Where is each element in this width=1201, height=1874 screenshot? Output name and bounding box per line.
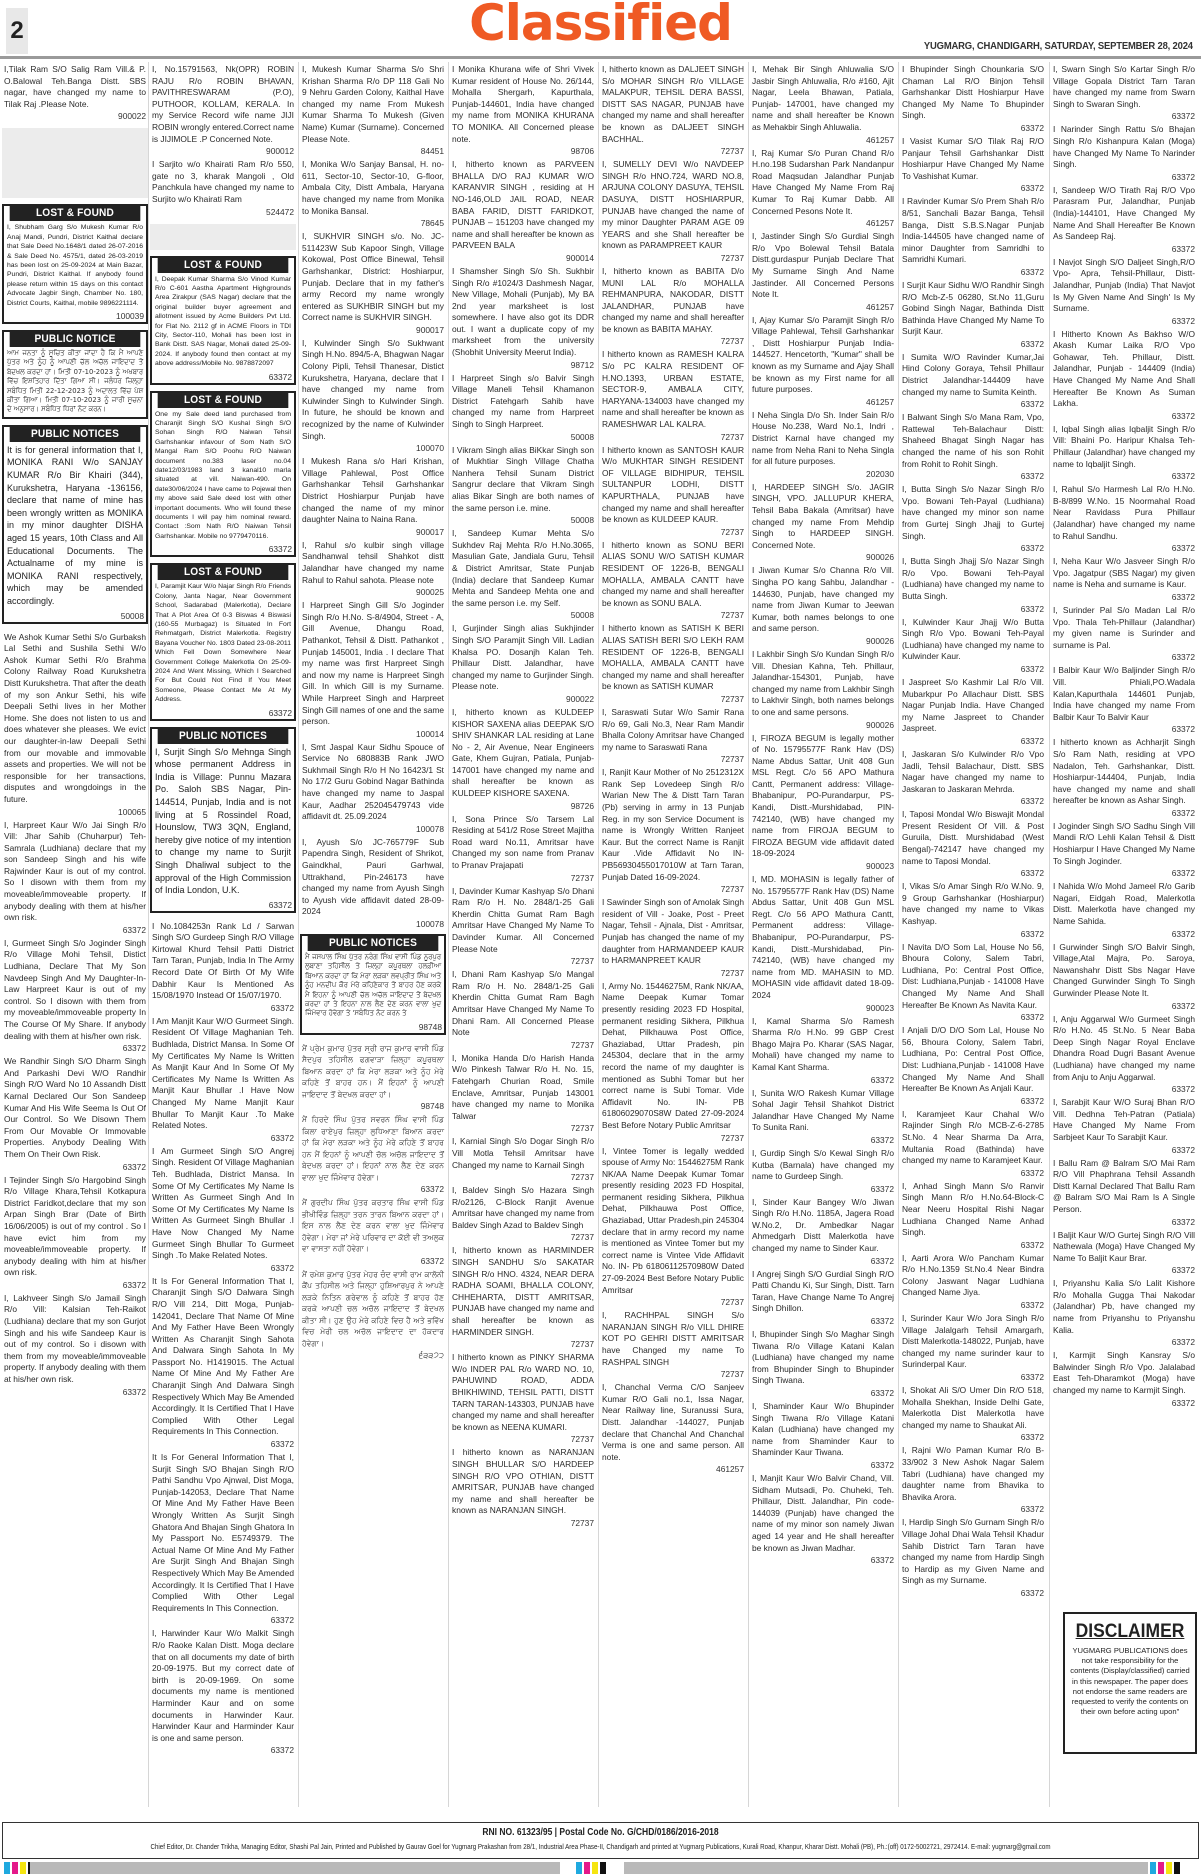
notice-box-heading: PUBLIC NOTICES [158,729,289,744]
classified-ad-text: I Hitherto Known As Bakhso W/O Akash Kum… [1051,327,1197,410]
ad-reference-code: ੬੩੩੭੨ [300,1349,446,1361]
gray-registration-bar [624,1862,1148,1874]
notice-box-text: ਮੈਂ ਜਸਪਾਲ ਸਿੰਘ ਪੁੱਤਰ ਨਰੰਗ ਸਿੰਘ ਵਾਸੀ ਪਿੰਡ… [302,951,444,1021]
ad-reference-code: 72737 [450,1171,596,1183]
ad-reference-code: 63372 [750,1554,896,1566]
classified-ad-text: I Ravinder Kumar S/o Prem Shah R/o 8/51,… [900,194,1046,266]
ad-reference-code: 63372 [1051,591,1197,603]
color-registration-swatch [1174,1862,1180,1874]
classified-ad-text: I, Shokat Ali S/O Umer Din R/O 518, Moha… [900,1383,1046,1431]
ad-reference-code: 63372 [1051,1397,1197,1409]
ad-reference-code: 63372 [1051,243,1197,255]
ad-reference-code: 63372 [150,1132,296,1144]
classified-ad-text: We Ashok Kumar Sethi S/o Gurbaksh Lal Se… [2,630,148,806]
classified-column: I, Mukesh Kumar Sharma S/o Shri Krishan … [300,62,446,1807]
ad-reference-code: 98726 [450,800,596,812]
color-registration-swatch [4,1862,10,1874]
classified-ad-text: I, hitherto known as HARMINDER SINGH SAN… [450,1243,596,1338]
ad-reference-code: 63372 [750,1134,896,1146]
classified-ad-text: ਮੈਂ ਗੁਰਦੀਪ ਸਿੰਘ ਪੁੱਤਰ ਕਰਤਾਰ ਸਿੰਘ ਵਾਸੀ ਪਿ… [300,1195,446,1255]
ad-reference-code: 63372 [900,470,1046,482]
classified-column: I, Mehak Bir Singh Ahluwalia S/O Jasbir … [750,62,896,1807]
ad-reference-code: 63372 [1051,928,1197,940]
ad-reference-code: 50008 [450,609,596,621]
ad-reference-code: 72737 [600,145,746,157]
classified-ad-text: I hitherto known as PINKY SHARMA W/o IND… [450,1350,596,1433]
ad-reference-code: 63372 [900,182,1046,194]
classified-ad-text: I,Tilak Ram S/O Salig Ram Vill.& P. O.Ba… [2,62,148,110]
masthead-rule [0,56,1201,59]
classified-ad-text: I Joginder Singh S/O Sadhu Singh Vill Ma… [1051,819,1197,867]
classified-ad-text: I Angrej Singh S/O Gurdial Singh R/O Pat… [750,1267,896,1315]
ad-reference-code: 72737 [600,753,746,765]
classified-ad-text: I Monika Khurana wife of Shri Vivek Kuma… [450,62,596,145]
classified-ad-text: We Randhir Singh S/O Dharm Singh And Par… [2,1054,148,1160]
classified-ad-text: I, Ayush S/o JC-765779F Sub Papendra Sin… [300,835,446,918]
ad-reference-code: 63372 [1051,315,1197,327]
classified-ad-text: I, hitherto known as DALJEET SINGH S/o M… [600,62,746,145]
ad-reference-code: 63372 [900,795,1046,807]
column-divider [448,62,449,1807]
classified-ad-text: I, Butta Singh Jhajj S/o Nazar Singh R/o… [900,554,1046,602]
classified-ad-text: I, Chanchal Verma C/O Sanjeev Kumar R/O … [600,1380,746,1463]
ad-reference-code: 63372 [900,1239,1046,1251]
ad-reference-code: 63372 [152,707,294,719]
ad-reference-code: 72737 [600,526,746,538]
ad-reference-code: 900022 [2,110,148,122]
classified-ad-text: I, Harpreet Kaur W/o Jai Singh R/o Vill:… [2,818,148,924]
classified-column: I, Swarn Singh S/o Kartar Singh R/o Vill… [1051,62,1197,1607]
ad-reference-code: 100065 [2,806,148,818]
notice-box: LOST & FOUNDOne my Sale deed land purcha… [150,391,296,558]
notice-box: PUBLIC NOTICEਆਮ ਜਨਤਾ ਨੂੰ ਸੂਚਿਤ ਕੀਤਾ ਜਾਂਦ… [2,330,148,419]
ad-reference-code: 50008 [450,431,596,443]
color-registration-swatch [600,1862,606,1874]
ad-reference-code: 461257 [750,134,896,146]
classified-ad-text: I, Vikas S/o Amar Singh R/o W.No. 9, 9 G… [900,879,1046,927]
notice-box-heading: PUBLIC NOTICE [10,332,141,347]
ad-reference-code: 72737 [450,1122,596,1134]
classified-ad-text: I hitherto known as SONU BERI ALIAS SONU… [600,538,746,610]
ad-reference-code: 63372 [2,1161,148,1173]
classified-ad-text: I hitherto known as RAMESH KALRA S/o PC … [600,347,746,430]
ad-reference-code: 202030 [750,468,896,480]
classified-ad-text: I, Karmjit Singh Kansray S/o Balwinder S… [1051,1348,1197,1396]
ad-reference-code: 63372 [900,867,1046,879]
classified-ad-text: I, Mehak Bir Singh Ahluwalia S/O Jasbir … [750,62,896,134]
color-registration-swatch [1150,1862,1156,1874]
classified-ad-text: I, Baldev Singh S/o Hazara Singh R/o2126… [450,1183,596,1231]
ad-reference-code: 900026 [750,719,896,731]
notice-box-text: ਆਮ ਜਨਤਾ ਨੂੰ ਸੂਚਿਤ ਕੀਤਾ ਜਾਂਦਾ ਹੈ ਕਿ ਮੈਂ ਆ… [4,347,146,417]
classified-ad-text: I, Davinder Kumar Kashyap S/o Dhani Ram … [450,884,596,956]
notice-box-text: I, Shubham Garg S/o Mukesh Kumar R/o Ana… [4,221,146,310]
classified-ad-text: I, Priyanshu Kalia S/o Lalit Kishore R/o… [1051,1276,1197,1336]
ad-reference-code: 63372 [150,1744,296,1756]
classified-ad-text: I, Gurjinder Singh alias Sukhjinder Sing… [450,621,596,693]
ad-reference-code: 63372 [1051,651,1197,663]
classified-ad-text: I, Sinder Kaur Bangey W/o Jiwan Singh R/… [750,1195,896,1255]
ad-reference-code: 72737 [600,1368,746,1380]
classified-ad-text: I, MD. MOHASIN is legally father of No. … [750,872,896,1002]
ad-reference-code: 63372 [1051,110,1197,122]
ad-reference-code: 63372 [900,663,1046,675]
color-registration-swatch [1166,1862,1172,1874]
classified-ad-text: I Narinder Singh Rattu S/o Bhajan Singh … [1051,122,1197,170]
classified-ad-text: I, Jastinder Singh S/o Gurdial Singh R/o… [750,229,896,301]
ad-reference-code: 72737 [600,252,746,264]
color-registration-swatch [576,1862,582,1874]
ad-reference-code: 63372 [150,1262,296,1274]
classified-ad-text: I Navjot Singh S/O Daljeet Singh,R/O Vpo… [1051,255,1197,315]
classified-ad-text: I, Karnial Singh S/o Dogar Singh R/o Vil… [450,1134,596,1171]
classified-ad-text: I, Sarabjit Kaur W/O Suraj Bhan R/O Vill… [1051,1095,1197,1143]
ad-reference-code: 63372 [152,543,294,555]
ad-reference-code: 100070 [300,442,446,454]
ad-reference-code: 63372 [900,122,1046,134]
notice-box-text: I, Deepak Kumar Sharma S/o Vinod Kumar R… [152,273,294,371]
classified-ad-text: I, Jaskaran S/o Kulwinder R/o Vpo Jadli,… [900,747,1046,795]
column-divider [748,62,749,1807]
classified-ad-text: I, HARDEEP SINGH S/o. JAGIR SINGH, VPO. … [750,480,896,552]
ad-reference-code: 63372 [900,1095,1046,1107]
classified-ad-text: I hitherto known as Achharjit Singh S/o … [1051,735,1197,807]
ad-reference-code: 72737 [450,1338,596,1350]
color-registration-swatch [12,1862,18,1874]
classified-ad-text: I Bhupinder Singh Chounkaria S/O Chaman … [900,62,1046,122]
notice-box: LOST & FOUNDI, Paramjit Kaur W/o Najar S… [150,563,296,720]
ad-reference-code: 63372 [152,899,294,911]
ad-reference-code: 63372 [150,1002,296,1014]
classified-ad-text: I Sumita W/O Ravinder Kumar,Jai Hind Col… [900,350,1046,398]
ad-reference-code: 63372 [750,1074,896,1086]
notice-box: PUBLIC NOTICESI, Surjit Singh S/o Mehnga… [150,727,296,913]
ad-reference-code: 63372 [750,1255,896,1267]
ad-reference-code: 63372 [300,1255,446,1267]
ad-reference-code: 63372 [1051,807,1197,819]
column-divider [148,62,149,1807]
ad-reference-code: 84451 [300,145,446,157]
classified-ad-text: I, Saraswati Sutar W/o Samir Rana R/o 69… [600,705,746,753]
ad-reference-code: 72737 [450,1517,596,1529]
classified-ad-text: I, Monika Handa D/o Harish Handa W/o Pin… [450,1051,596,1123]
classified-ad-text: I Navita D/O Som Lal, House No 56, Bhour… [900,940,1046,1012]
classified-ad-text: I Neha Singla D/o Sh. Inder Sain R/o Hou… [750,408,896,468]
classified-column: I,Tilak Ram S/O Salig Ram Vill.& P. O.Ba… [2,62,148,1807]
classified-ad-text: I, Army No. 15446275M, Rank NK/AA, Name … [600,979,746,1132]
gray-registration-bar [30,1862,560,1874]
ad-reference-code: 72737 [600,883,746,895]
classified-ad-text: I, Mukesh Kumar Sharma S/o Shri Krishan … [300,62,446,145]
ad-reference-code: 63372 [900,735,1046,747]
classified-ad-text: I Surjit Kaur Sidhu W/O Randhir Singh R/… [900,278,1046,338]
classified-ad-text: I, Kulwinder Singh S/o Sukhwant Singh H.… [300,336,446,442]
classified-ad-text: I, Hardip Singh S/o Gurnam Singh R/o Vil… [900,1515,1046,1587]
classified-ad-text: I, Anhad Singh Mann S/o Ranvir Singh Man… [900,1179,1046,1239]
classified-ad-text: I Anjali D/O D/O Som Lal, House No 56, B… [900,1023,1046,1095]
classified-ad-text: I, Monika W/o Sanjay Bansal, H. no-611, … [300,157,446,217]
ad-reference-code: 72737 [450,955,596,967]
disclaimer-body: YUGMARG PUBLICATIONS does not take respo… [1065,1644,1195,1719]
classified-ad-text: I, Kulwinder Kaur Jhajj W/o Butta Singh … [900,615,1046,663]
classified-ad-text: I, Manjit Kaur W/o Balvir Chand, Vill. S… [750,1471,896,1554]
ad-reference-code: 900023 [750,1002,896,1014]
classified-ad-text: I, Rahul S/o Harmesh Lal R/o H.No. B-8/8… [1051,482,1197,542]
classified-ad-text: ਮੈਂ ਪ੍ਰੇਮ ਕੁਮਾਰ ਪੁੱਤਰ ਸ੍ਰੀ ਰਾਜ ਕੁਮਾਰ ਵਾਸ… [300,1041,446,1101]
ad-reference-code: 63372 [1051,1216,1197,1228]
classified-ad-text: I hitherto known as SATISH K BERI ALIAS … [600,621,746,693]
ad-reference-code: 63372 [900,1431,1046,1443]
classified-ad-text: I, Anju Aggarwal W/o Gurmeet Singh R/o H… [1051,1012,1197,1084]
ad-reference-code: 63372 [1051,1264,1197,1276]
ad-reference-code: 50008 [450,514,596,526]
classified-ad-text: I, Sandeep Kumar Mehta S/o Sukhdev Raj M… [450,526,596,609]
ad-reference-code: 63372 [750,1387,896,1399]
notice-box: LOST & FOUNDI, Deepak Kumar Sharma S/o V… [150,256,296,385]
ad-reference-code: 72737 [600,693,746,705]
classified-ad-text: I, Shaminder Kaur W/o Bhupinder Singh Ti… [750,1399,896,1459]
classified-ad-text: I, Rahul s/o kulbir singh village Sandha… [300,538,446,586]
classified-ad-text: I Harpreet Singh Gill S/o Joginder Singh… [300,598,446,728]
ad-reference-code: 63372 [900,398,1046,410]
ad-reference-code: 900022 [450,693,596,705]
ad-reference-code: 63372 [1051,1336,1197,1348]
notice-box: LOST & FOUNDI, Shubham Garg S/o Mukesh K… [2,204,148,324]
masthead: 2 Classified YUGMARG, CHANDIGARH, SATURD… [0,0,1201,58]
classified-ad-text: I, hitherto known as BABITA D/o MUNI LAL… [600,264,746,336]
ad-reference-code: 63372 [900,266,1046,278]
footer-imprint-box: RNI NO. 61323/95 | Postal Code No. G/CHD… [2,1822,1199,1859]
ad-reference-code: 72737 [600,609,746,621]
column-divider [298,62,299,1807]
notice-box-text: One my Sale deed land purchased from Cha… [152,408,294,544]
ad-reference-code: 72737 [450,872,596,884]
classified-ad-text: I, Raj Kumar S/o Puran Chand R/o H.no.19… [750,146,896,218]
classified-ad-text: I, Vintee Tomer is legally wedded spouse… [600,1144,746,1297]
classified-columns: I,Tilak Ram S/O Salig Ram Vill.& P. O.Ba… [0,62,1201,1807]
classified-ad-text: I, Sunita W/O Rakesh Kumar Village Sohal… [750,1086,896,1134]
notice-box-heading: PUBLIC NOTICES [308,936,439,951]
ad-reference-code: 98706 [450,145,596,157]
classified-ad-text: I, No.15791563, Nk(OPR) ROBIN RAJU R/o R… [150,62,296,145]
blank-ad-space [2,128,148,198]
ad-reference-code: 524472 [150,206,296,218]
classified-ad-text: I, Dhani Ram Kashyap S/o Mangal Ram R/o … [450,967,596,1039]
classified-ad-text: I Mukesh Rana s/o Hari Krishan, Village … [300,454,446,526]
classified-ad-text: I, FIROZA BEGUM is legally mother of No.… [750,731,896,861]
notice-box-heading: PUBLIC NOTICES [10,427,141,442]
ad-reference-code: 63372 [1051,470,1197,482]
classified-ad-text: I, Iqbal Singh alias Iqbaljit Singh R/o … [1051,422,1197,470]
ad-reference-code: 63372 [900,1299,1046,1311]
classified-ad-text: I, Butta Singh S/o Nazar Singh R/o Vpo. … [900,482,1046,542]
ad-reference-code: 72737 [450,1039,596,1051]
ad-reference-code: 100078 [300,823,446,835]
ad-reference-code: 63372 [750,1183,896,1195]
classified-ad-text: I, Sandeep W/O Tirath Raj R/O Vpo Parasr… [1051,183,1197,243]
classified-ad-text: I, Kamal Sharma S/o Ramesh Sharma R/o H.… [750,1014,896,1074]
classified-ad-text: I, Ajay Kumar S/o Paramjit Singh R/o Vil… [750,313,896,396]
notice-box-text: I, Paramjit Kaur W/o Najar Singh R/o Fri… [152,580,294,706]
ad-reference-code: 63372 [900,1503,1046,1515]
disclaimer-title: DISCLAIMER [1070,1620,1190,1644]
color-registration-swatch [584,1862,590,1874]
classified-ad-text: I, Smt Jaspal Kaur Sidhu Spouce of Servi… [300,740,446,823]
ad-reference-code: 63372 [900,603,1046,615]
classified-ad-text: I, Neha Kaur W/o Jasveer Singh R/o Vpo. … [1051,554,1197,591]
ad-reference-code: 72737 [600,335,746,347]
ad-reference-code: 900014 [450,252,596,264]
classified-ad-text: I, Taposi Mondal W/o Biswajit Mondal Pre… [900,807,1046,867]
ad-reference-code: 63372 [2,924,148,936]
classified-ad-text: I, Lakhveer Singh S/o Jamail Singh R/o V… [2,1291,148,1386]
classified-ad-text: I Jaspreet S/o Kashmir Lal R/o Vill. Mub… [900,675,1046,735]
color-registration-swatch [20,1862,26,1874]
ad-reference-code: 63372 [900,1167,1046,1179]
classified-column: I, hitherto known as DALJEET SINGH S/o M… [600,62,746,1807]
ad-reference-code: 900026 [750,551,896,563]
classified-ad-text: I hitherto known as NARANJAN SINGH BHULL… [450,1445,596,1517]
ad-reference-code: 63372 [1051,542,1197,554]
publisher-imprint: Chief Editor, Dr. Chander Trikha, Managi… [87,1841,1115,1853]
ad-reference-code: 100014 [300,728,446,740]
classified-ad-text: ਮੈਂ ਹਿਰਦੇ ਸਿੰਘ ਪੁੱਤਰ ਸਵਰਨ ਸਿੰਘ ਵਾਸੀ ਪਿੰਡ… [300,1112,446,1183]
classified-ad-text: I, Rajni W/o Paman Kumar R/o B-33/902 3 … [900,1443,1046,1503]
ad-reference-code: 50008 [4,610,146,622]
ad-reference-code: 98748 [302,1021,444,1033]
ad-reference-code: 63372 [1051,171,1197,183]
color-registration-swatch [1158,1862,1164,1874]
ad-reference-code: 461257 [750,396,896,408]
classified-column: I Bhupinder Singh Chounkaria S/O Chaman … [900,62,1046,1807]
ad-reference-code: 900025 [300,586,446,598]
notice-box-heading: LOST & FOUND [158,258,289,273]
classified-ad-text: I Baljit Kaur W/O Gurtej Singh R/O Vill … [1051,1228,1197,1265]
classified-ad-text: I Ballu Ram @ Balram S/O Mai Ram R/O Vil… [1051,1156,1197,1216]
ad-reference-code: 63372 [300,1183,446,1195]
classified-ad-text: I Am Manjit Kaur W/O Gurmeet Singh. Resi… [150,1014,296,1132]
classified-ad-text: I, Surinder Kaur W/o Jora Singh R/o Vill… [900,1311,1046,1371]
ad-reference-code: 63372 [1051,410,1197,422]
classified-ad-text: I, Gurmeet Singh S/o Joginder Singh R/o … [2,936,148,1042]
ad-reference-code: 63372 [900,1011,1046,1023]
ad-reference-code: 63372 [900,928,1046,940]
column-divider [598,62,599,1807]
classified-ad-text: I, Sona Prince S/o Tarsem Lal Residing a… [450,812,596,872]
notice-box-heading: LOST & FOUND [158,393,289,408]
ad-reference-code: 100039 [4,310,146,322]
classified-ad-text: I Balwant Singh S/o Mana Ram, Vpo, Ratte… [900,410,1046,470]
classified-ad-text: I Jiwan Kumar S/o Channa R/o Vill. Singh… [750,563,896,635]
classified-ad-text: I, hitherto known as PARVEEN BHALLA D/O … [450,157,596,252]
blank-ad-space [150,224,296,250]
ad-reference-code: 63372 [152,371,294,383]
classified-ad-text: I Lakhbir Singh S/o Kundan Singh R/o Vil… [750,647,896,719]
classified-ad-text: I Shamsher Singh S/o Sh. Sukhbir Singh R… [450,264,596,359]
ad-reference-code: 72737 [600,431,746,443]
ad-reference-code: 461257 [750,301,896,313]
classified-column: I Monika Khurana wife of Shri Vivek Kuma… [450,62,596,1807]
classified-ad-text: I, RACHHPAL SINGH S/o NARANJAN SINGH R/o… [600,1308,746,1368]
classified-ad-text: I, Bhupinder Singh S/o Maghar Singh Tiwa… [750,1327,896,1387]
classified-ad-text: I, Ranjit Kaur Mother of No 2512312X Ran… [600,765,746,883]
ad-reference-code: 900026 [750,635,896,647]
classified-ad-text: I, Aarti Arora W/o Pancham Kumar R/o H.N… [900,1251,1046,1299]
classified-ad-text: I Sarjito w/o Khairati Ram R/o 550, gate… [150,157,296,205]
classified-ad-text: I Nahida W/o Mohd Jameel R/o Garib Nagar… [1051,879,1197,927]
classified-ad-text: I Harpreet Singh s/o Balvir Singh Villag… [450,371,596,431]
ad-reference-code: 78645 [300,217,446,229]
classified-ad-text: I Tejinder Singh S/o Hargobind Singh R/o… [2,1173,148,1279]
classified-ad-text: I, Harwinder Kaur W/o Malkit Singh R/o R… [150,1626,296,1744]
classified-ad-text: I, Surinder Pal S/o Madan Lal R/o Vpo. T… [1051,603,1197,651]
ad-reference-code: 63372 [900,1587,1046,1599]
notice-box-text: It is for general information that I, MO… [4,442,146,610]
ad-reference-code: 72737 [600,967,746,979]
classified-ad-text: I Balbir Kaur W/o Baljinder Singh R/o Vi… [1051,663,1197,723]
classified-ad-text: I Gurwinder Singh S/O Balvir Singh, Vill… [1051,940,1197,1000]
classified-ad-text: I Sawinder Singh son of Amolak Singh res… [600,895,746,967]
notice-box: PUBLIC NOTICESਮੈਂ ਜਸਪਾਲ ਸਿੰਘ ਪੁੱਤਰ ਨਰੰਗ … [300,934,446,1035]
classified-ad-text: I hitherto known as SANTOSH KAUR W/o MUK… [600,443,746,526]
ad-reference-code: 900012 [150,145,296,157]
ad-reference-code: 63372 [2,1042,148,1054]
ad-reference-code: 63372 [900,542,1046,554]
ad-reference-code: 461257 [750,217,896,229]
notice-box: PUBLIC NOTICESIt is for general informat… [2,425,148,624]
ad-reference-code: 63372 [900,338,1046,350]
ad-reference-code: 63372 [2,1386,148,1398]
ad-reference-code: 900017 [300,324,446,336]
ad-reference-code: 63372 [1051,867,1197,879]
disclaimer-box: DISCLAIMER YUGMARG PUBLICATIONS does not… [1063,1612,1197,1754]
color-registration-swatch [592,1862,598,1874]
ad-reference-code: 900017 [300,526,446,538]
classified-column: I, No.15791563, Nk(OPR) ROBIN RAJU R/o R… [150,62,296,1807]
classified-ad-text: It Is For General Information That I, Su… [150,1450,296,1614]
ad-reference-code: 63372 [1051,1144,1197,1156]
ad-reference-code: 461257 [600,1463,746,1475]
ad-reference-code: 100078 [300,918,446,930]
classified-ad-text: I Vasist Kumar S/O Tilak Raj R/O Panjaur… [900,134,1046,182]
notice-box-heading: LOST & FOUND [158,565,289,580]
ad-reference-code: 63372 [150,1438,296,1450]
classified-ad-text: I, Karamjeet Kaur Chahal W/o Rajinder Si… [900,1107,1046,1167]
ad-reference-code: 63372 [750,1459,896,1471]
column-divider [898,62,899,1807]
ad-reference-code: 63372 [2,1279,148,1291]
ad-reference-code: 63372 [1051,1083,1197,1095]
classified-ad-text: I, Gurdip Singh S/o Kewal Singh R/o Kutb… [750,1146,896,1183]
classified-ad-text: I, hitherto known as KULDEEP KISHOR SAXE… [450,705,596,800]
ad-reference-code: 72737 [600,1296,746,1308]
ad-reference-code: 98748 [300,1100,446,1112]
classified-ad-text: I, SUMELLY DEVI W/o NAVDEEP SINGH R/o HN… [600,157,746,252]
rni-number: RNI NO. 61323/95 | Postal Code No. G/CHD… [93,1825,1109,1841]
ad-reference-code: 72737 [450,1231,596,1243]
classified-ad-text: ਮੈਂ ਰਮੇਸ਼ ਕੁਮਾਰ ਪੁੱਤਰ ਮੇਹਰ ਚੰਦ ਵਾਸੀ ਰਾਮ … [300,1267,446,1350]
classified-ad-text: I, SUKHVIR SINGH s/o. No. JC-511423W Sub… [300,229,446,324]
ad-reference-code: 72737 [450,1433,596,1445]
classified-ad-text: It Is For General Information That I, Ch… [150,1274,296,1438]
ad-reference-code: 63372 [1051,1000,1197,1012]
ad-reference-code: 900023 [750,860,896,872]
classified-ad-text: I Vikram Singh alias BiKkar Singh son of… [450,443,596,515]
ad-reference-code: 63372 [900,1371,1046,1383]
ad-reference-code: 98712 [450,359,596,371]
classified-ad-text: I Am Gurmeet Singh S/O Angrej Singh. Res… [150,1144,296,1262]
column-divider [1049,62,1050,1807]
